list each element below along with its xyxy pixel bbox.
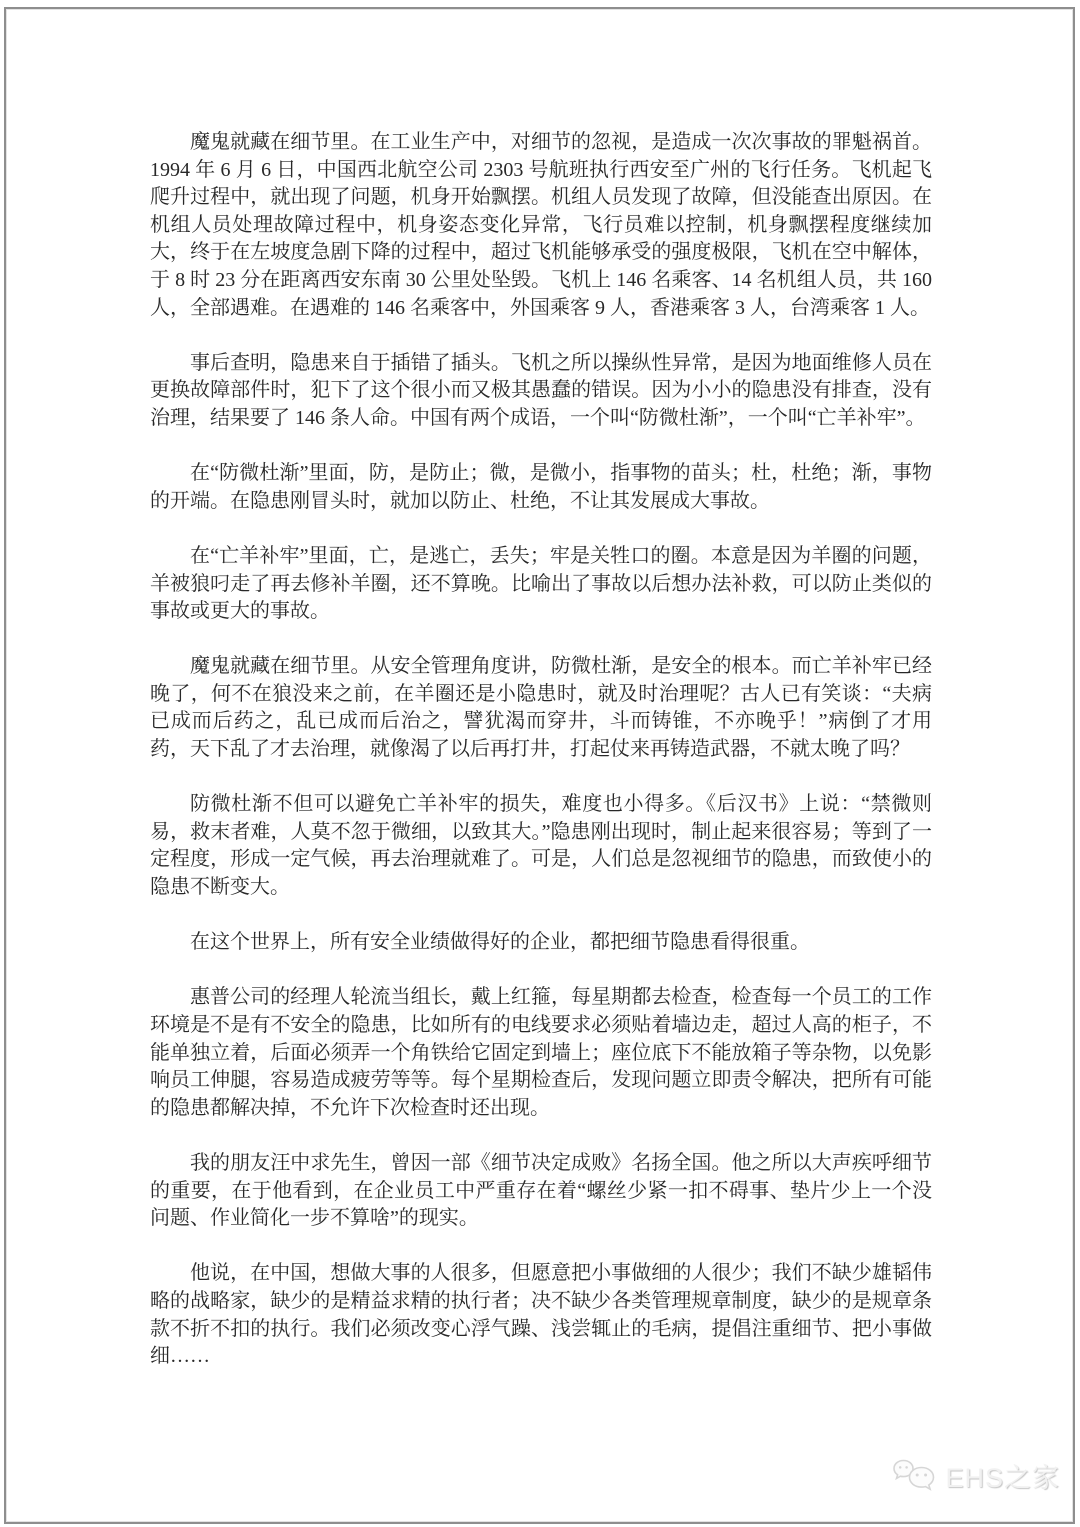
article-body: 魔鬼就藏在细节里。在工业生产中，对细节的忽视，是造成一次次事故的罪魁祸首。199… xyxy=(150,129,932,1398)
paragraph: 他说，在中国，想做大事的人很多，但愿意把小事做细的人很少；我们不缺少雄韬伟略的战… xyxy=(150,1260,932,1370)
paragraph: 在“亡羊补牢”里面，亡，是逃亡，丢失；牢是关牲口的圈。本意是因为羊圈的问题，羊被… xyxy=(150,543,932,626)
paragraph: 在这个世界上，所有安全业绩做得好的企业，都把细节隐患看得很重。 xyxy=(150,929,932,957)
watermark: EHS之家 xyxy=(892,1456,1060,1495)
paragraph: 魔鬼就藏在细节里。在工业生产中，对细节的忽视，是造成一次次事故的罪魁祸首。199… xyxy=(150,129,932,322)
paragraph: 事后查明，隐患来自于插错了插头。飞机之所以操纵性异常，是因为地面维修人员在更换故… xyxy=(150,350,932,433)
paragraph: 惠普公司的经理人轮流当组长，戴上红箍，每星期都去检查，检查每一个员工的工作环境是… xyxy=(150,984,932,1122)
paragraph: 魔鬼就藏在细节里。从安全管理角度讲，防微杜渐，是安全的根本。而亡羊补牢已经晚了，… xyxy=(150,653,932,763)
document-page: 魔鬼就藏在细节里。在工业生产中，对细节的忽视，是造成一次次事故的罪魁祸首。199… xyxy=(0,0,1080,1527)
watermark-label: EHS之家 xyxy=(945,1456,1060,1495)
paragraph: 防微杜渐不但可以避免亡羊补牢的损失，难度也小得多。《后汉书》上说：“禁微则易，救… xyxy=(150,791,932,901)
wechat-icon xyxy=(892,1458,938,1494)
paragraph: 我的朋友汪中求先生，曾因一部《细节决定成败》名扬全国。他之所以大声疾呼细节的重要… xyxy=(150,1150,932,1233)
paragraph: 在“防微杜渐”里面，防，是防止；微，是微小，指事物的苗头；杜，杜绝；渐，事物的开… xyxy=(150,460,932,515)
